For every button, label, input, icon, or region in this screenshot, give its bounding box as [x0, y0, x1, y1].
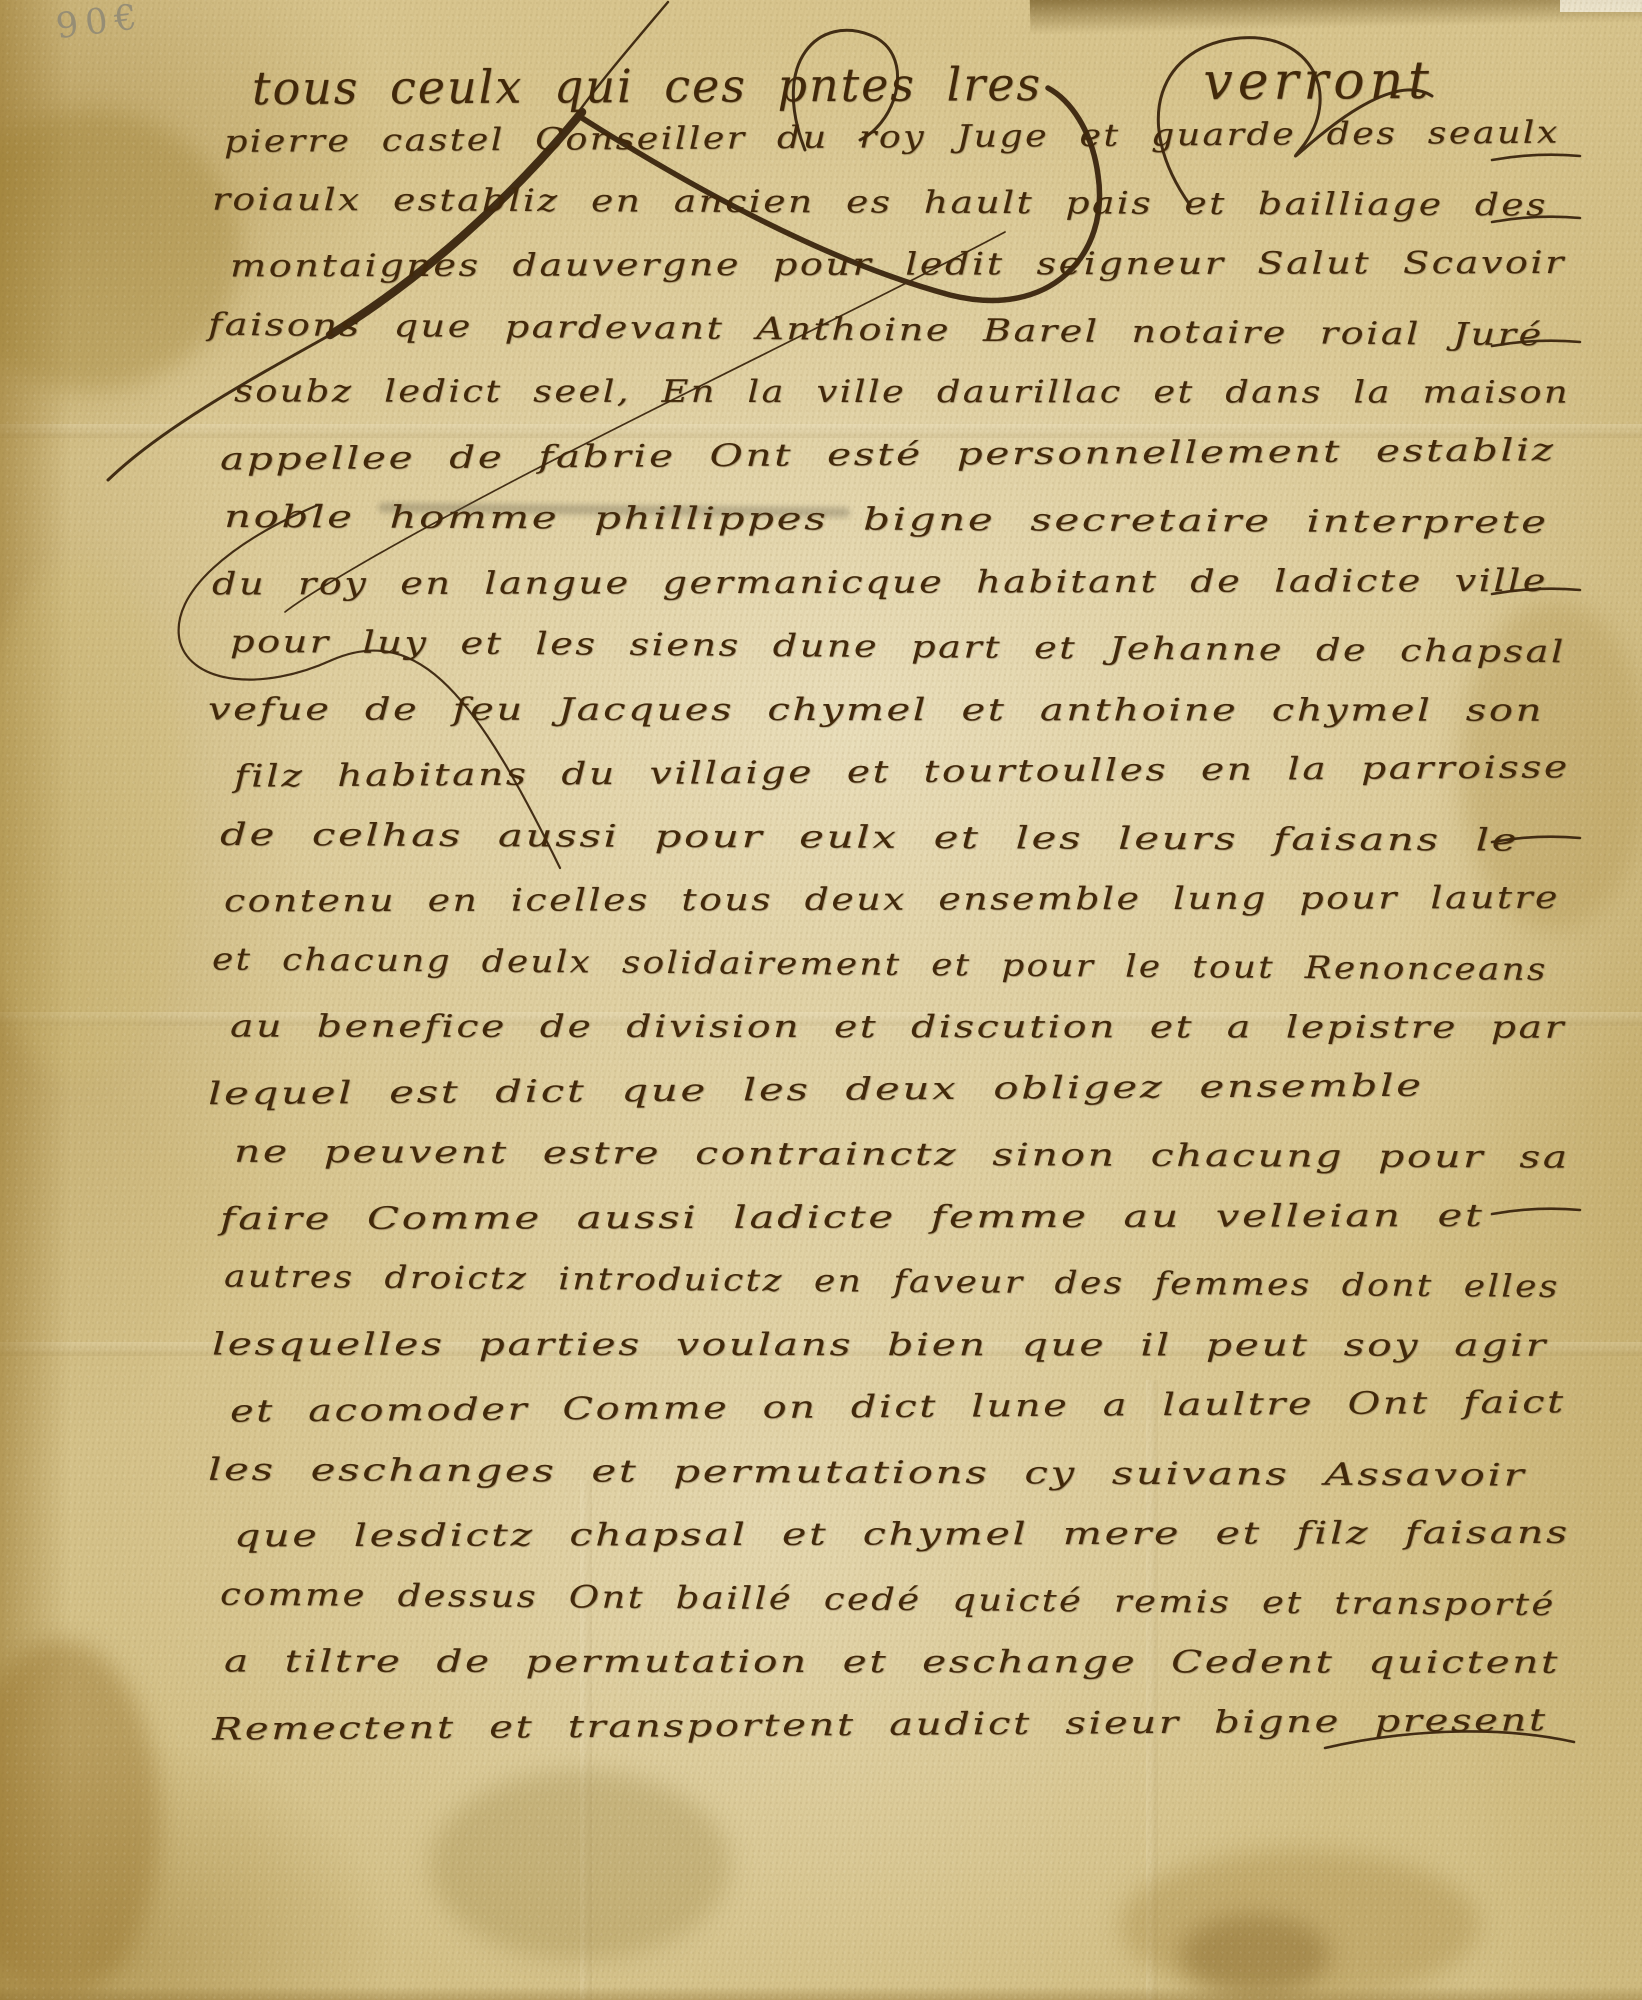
manuscript-line: pierre castel Conseiller du roy Juge et … — [224, 116, 1359, 160]
manuscript-line-text: filz habitans du villaige et tourtoulles… — [234, 749, 1570, 794]
manuscript-line-text: contenu en icelles tous deux ensemble lu… — [224, 880, 1560, 919]
stain-bottom-left — [0, 1640, 160, 2000]
top-right-corner-light-sliver — [1560, 0, 1642, 12]
opening-line-end-word: verront — [1203, 51, 1434, 112]
manuscript-line-text: roiaulx establiz en ancien es hault pais… — [212, 181, 1548, 223]
manuscript-line: roiaulx establiz en ancien es hault pais… — [212, 181, 1312, 222]
manuscript-line: vefue de feu Jacques chymel et anthoine … — [208, 691, 1243, 728]
pencil-price-annotation: 90€ — [54, 0, 146, 47]
manuscript-line: faire Comme aussi ladicte femme au velle… — [220, 1198, 1157, 1236]
top-right-dark-page-edge — [1030, 0, 1642, 35]
manuscript-line: faisons que pardevant Anthoine Barel not… — [208, 306, 1289, 350]
manuscript-line-text: les eschanges et permutations cy suivans… — [208, 1451, 1527, 1493]
manuscript-line-text: Remectent et transportent audict sieur b… — [212, 1702, 1548, 1747]
stain-left-middle — [0, 560, 190, 1080]
manuscript-line: montaignes dauvergne pour ledit seigneur… — [230, 246, 1312, 285]
manuscript-line: au benefice de division et discution et … — [230, 1009, 1281, 1046]
manuscript-line-text: noble homme phillippes bigne secretaire … — [224, 499, 1549, 541]
manuscript-line: filz habitans du villaige et tourtoulles… — [234, 751, 1289, 794]
stain-bottom-right-core — [1180, 1915, 1330, 1995]
manuscript-line-text: vefue de feu Jacques chymel et anthoine … — [208, 691, 1544, 728]
manuscript-line: les eschanges et permutations cy suivans… — [208, 1451, 1185, 1491]
manuscript-line: comme dessus Ont baillé cedé quicté remi… — [220, 1576, 1341, 1621]
bottom-page-edge — [0, 1986, 1642, 2000]
manuscript-line-text: lesquelles parties voulans bien que il p… — [212, 1326, 1548, 1363]
manuscript-line: contenu en icelles tous deux ensemble lu… — [224, 881, 1317, 920]
manuscript-line-text: appellee de fabrie Ont esté personnellem… — [220, 432, 1556, 477]
manuscript-line: noble homme phillippes bigne secretaire … — [224, 499, 1205, 539]
manuscript-line-text: faire Comme aussi ladicte femme au velle… — [220, 1197, 1485, 1236]
manuscript-line-text: a tiltre de permutation et eschange Cede… — [224, 1644, 1560, 1681]
manuscript-line-text: et chacung deulx solidairement et pour l… — [212, 941, 1548, 987]
manuscript-line: lequel est dict que les deux obligez ens… — [208, 1069, 1109, 1111]
line-end-dash — [1492, 155, 1580, 160]
manuscript-line-text: que lesdictz chapsal et chymel mere et f… — [234, 1515, 1570, 1554]
manuscript-line: Remectent et transportent audict sieur b… — [212, 1704, 1243, 1747]
manuscript-line: pour luy et les siens dune part et Jehan… — [230, 624, 1311, 668]
manuscript-line: appellee de fabrie Ont esté personnellem… — [220, 434, 1240, 477]
manuscript-line-text: soubz ledict seel, En la ville daurillac… — [234, 374, 1570, 411]
manuscript-line-text: montaignes dauvergne pour ledit seigneur… — [230, 245, 1566, 284]
left-dark-page-edge — [0, 0, 70, 2000]
manuscript-line: ne peuvent estre contrainctz sinon chacu… — [234, 1134, 1249, 1174]
manuscript-line-text: et acomoder Comme on dict lune a laultre… — [230, 1384, 1566, 1429]
manuscript-line-text: du roy en langue germanicque habitant de… — [212, 562, 1548, 601]
manuscript-line: a tiltre de permutation et eschange Cede… — [224, 1644, 1244, 1681]
parchment-grain-texture — [0, 0, 1642, 2000]
stain-left-upper — [0, 110, 240, 390]
manuscript-line: et chacung deulx solidairement et pour l… — [212, 941, 1369, 986]
margin-swash-curve — [179, 505, 560, 868]
manuscript-line: et acomoder Comme on dict lune a laultre… — [230, 1386, 1267, 1429]
stain-bottom-center — [430, 1770, 730, 1960]
parchment-page: 90€ tous ceulx qui ces pntes lres verron… — [0, 0, 1642, 2000]
manuscript-line-text: pour luy et les siens dune part et Jehan… — [230, 624, 1566, 670]
opening-line-text: tous ceulx qui ces pntes lres — [252, 57, 1042, 115]
manuscript-opening-line: tous ceulx qui ces pntes lres verront — [252, 51, 1434, 117]
manuscript-line-text: lequel est dict que les deux obligez ens… — [208, 1067, 1424, 1111]
manuscript-line-text: faisons que pardevant Anthoine Barel not… — [208, 306, 1544, 352]
line-end-dash — [1492, 1209, 1580, 1214]
manuscript-line-text: comme dessus Ont baillé cedé quicté remi… — [220, 1576, 1556, 1622]
ink-flourish-svg — [0, 0, 1642, 2000]
manuscript-line-text: autres droictz introduictz en faveur des… — [224, 1258, 1560, 1304]
manuscript-line-text: pierre castel Conseiller du roy Juge et … — [224, 115, 1560, 160]
manuscript-line: lesquelles parties voulans bien que il p… — [212, 1326, 1225, 1363]
manuscript-line: que lesdictz chapsal et chymel mere et f… — [234, 1516, 1238, 1555]
manuscript-line: du roy en langue germanicque habitant de… — [212, 563, 1295, 602]
manuscript-line: soubz ledict seel, En la ville daurillac… — [234, 374, 1361, 411]
manuscript-line-text: ne peuvent estre contrainctz sinon chacu… — [234, 1134, 1570, 1176]
manuscript-line: autres droictz introduictz en faveur des… — [224, 1258, 1371, 1303]
manuscript-line-text: de celhas aussi pour eulx et les leurs f… — [220, 816, 1519, 858]
initial-crossing-hairline — [285, 232, 1005, 612]
manuscript-line: de celhas aussi pour eulx et les leurs f… — [220, 816, 1183, 856]
manuscript-line-text: au benefice de division et discution et … — [230, 1009, 1566, 1046]
stain-bottom-right — [1120, 1850, 1480, 2000]
